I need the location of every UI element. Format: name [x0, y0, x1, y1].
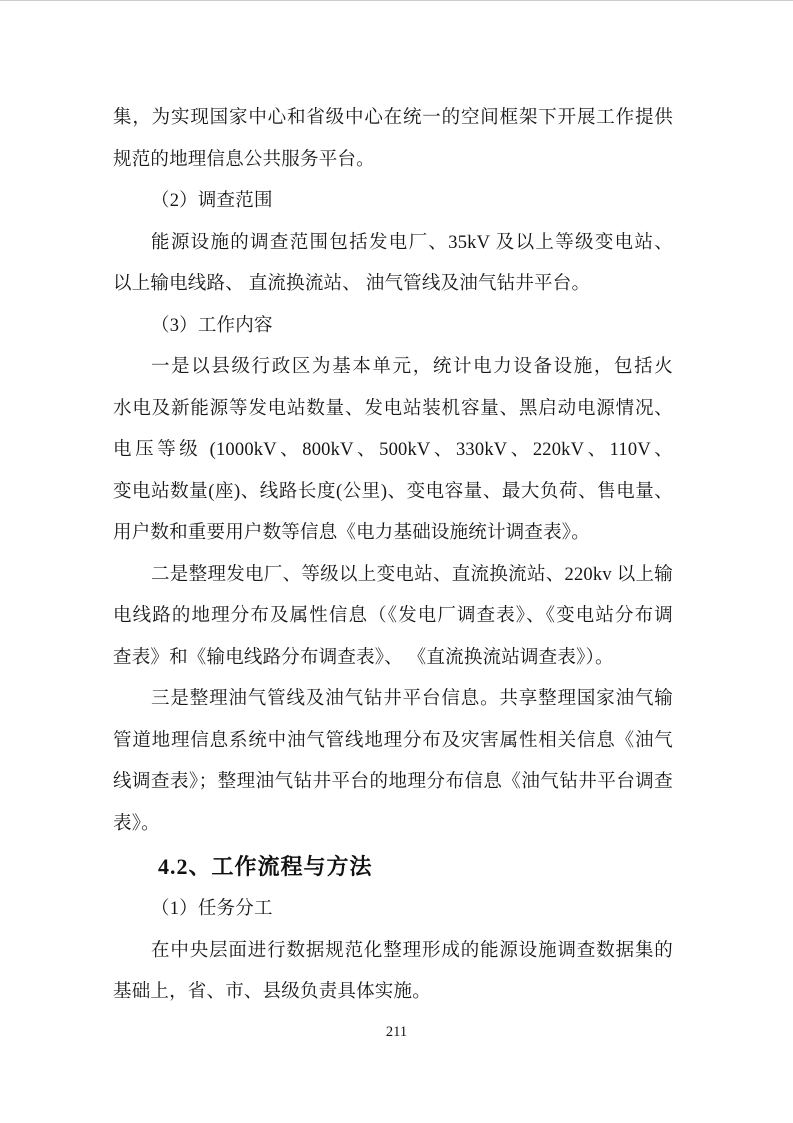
section-heading: 4.2、工作流程与方法 — [113, 845, 673, 889]
text-line: 电线路的地理分布及属性信息（《发电厂调查表》、《变电站分布调 — [113, 596, 673, 638]
text-line-subsection-label: （1）任务分工 — [113, 889, 673, 931]
text-line: 以上输电线路、 直流换流站、 油气管线及油气钻井平台。 — [113, 264, 673, 306]
text-line: 在中央层面进行数据规范化整理形成的能源设施调查数据集的 — [113, 931, 673, 973]
text-line: 规范的地理信息公共服务平台。 — [113, 140, 673, 182]
text-column: 集，为实现国家中心和省级中心在统一的空间框架下开展工作提供了 规范的地理信息公共… — [113, 98, 673, 1014]
text-line: 电压等级 (1000kV、800kV、500kV、330kV、220kV、110… — [113, 430, 673, 472]
text-line: 基础上，省、市、县级负责具体实施。 — [113, 972, 673, 1014]
text-line: 线调查表》；整理油气钻井平台的地理分布信息《油气钻井平台调查 — [113, 762, 673, 804]
text-line: 管道地理信息系统中油气管线地理分布及灾害属性相关信息《油气管 — [113, 721, 673, 763]
document-page: 集，为实现国家中心和省级中心在统一的空间框架下开展工作提供了 规范的地理信息公共… — [0, 0, 793, 1123]
text-line: 水电及新能源等发电站数量、发电站装机容量、黑启动电源情况、各 — [113, 389, 673, 431]
text-line: 查表》和《输电线路分布调查表》、 《直流换流站调查表》）。 — [113, 638, 673, 680]
text-line: 二是整理发电厂、等级以上变电站、直流换流站、220kv 以上输 — [113, 555, 673, 597]
text-line: 表》。 — [113, 804, 673, 846]
text-line: 用户数和重要用户数等信息《电力基础设施统计调查表》。 — [113, 513, 673, 555]
text-line: 三是整理油气管线及油气钻井平台信息。共享整理国家油气输送 — [113, 679, 673, 721]
text-line-subsection-label: （3）工作内容 — [113, 306, 673, 348]
text-line: 集，为实现国家中心和省级中心在统一的空间框架下开展工作提供了 — [113, 98, 673, 140]
text-line: 能源设施的调查范围包括发电厂、35kV 及以上等级变电站、220kv — [113, 223, 673, 265]
text-line: 变电站数量(座)、线路长度(公里)、变电容量、最大负荷、售电量、 — [113, 472, 673, 514]
text-line: 一是以县级行政区为基本单元，统计电力设备设施，包括火电、 — [113, 347, 673, 389]
page-number: 211 — [0, 1023, 793, 1041]
text-line-subsection-label: （2）调查范围 — [113, 181, 673, 223]
